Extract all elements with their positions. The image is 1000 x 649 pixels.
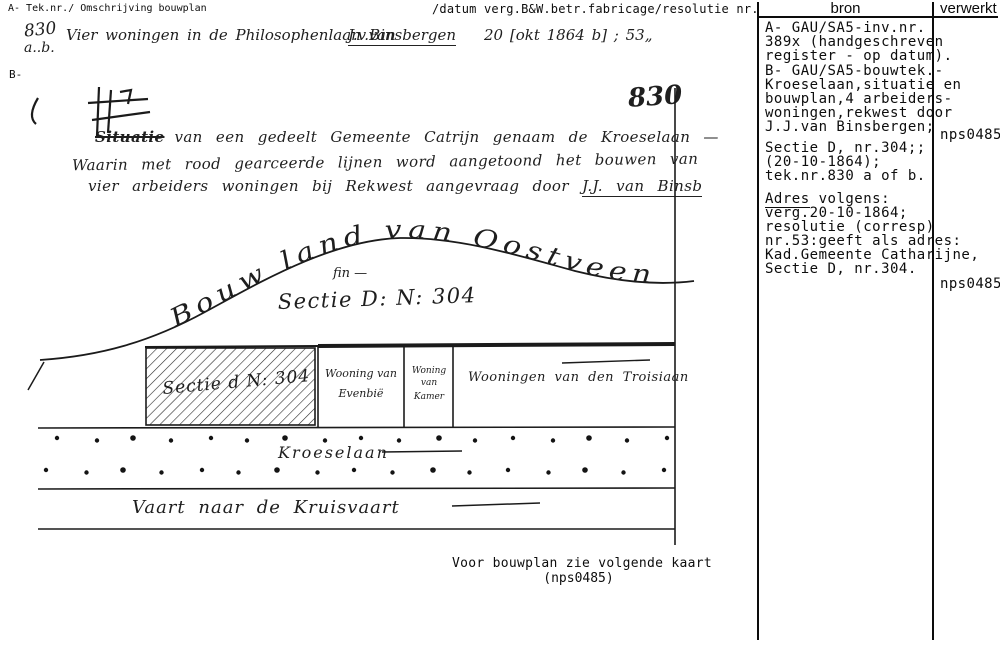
verwerkt-tag-2: nps0485 [940, 276, 1000, 292]
road-top-line [38, 427, 675, 428]
road-dots-row-lower [44, 467, 666, 474]
column-header-bron: bron [758, 0, 933, 17]
column-header-verwerkt: verwerkt [940, 0, 997, 17]
parcel4-label: Wooningen van den Troisiaan [468, 370, 689, 385]
canal-label-flourish [452, 503, 540, 506]
bron-b-line5: J.J.van Binsbergen; [765, 119, 935, 135]
parcel2-label-line2: Evenbië [338, 387, 384, 400]
sectie-label: Sectie D: N: 304 [277, 283, 477, 314]
parcel3-label-line1: Woning [412, 366, 447, 376]
buildings-top-line-right [318, 344, 675, 346]
footer-note-line2: (nps0485) [452, 571, 705, 586]
fin-label: fin — [332, 266, 367, 281]
buildings-top-line-left [145, 346, 318, 347]
verwerkt-tag-1: nps0485 [940, 127, 1000, 143]
scribble-marks [32, 87, 150, 136]
situatie-map-drawing: Bouw land van Oostveen fin — Sectie D: N… [0, 0, 760, 649]
header-underline [757, 16, 998, 18]
bron-c-line3: tek.nr.830 a of b. [765, 168, 926, 184]
road-bottom-line [38, 488, 675, 489]
parcel2-label-line1: Wooning van [325, 367, 397, 380]
bron-a-line3: register - op datum). [765, 48, 953, 64]
road-label: Kroeselaan [277, 443, 389, 462]
archive-record-card: A- Tek.nr./ Omschrijving bouwplan /datum… [0, 0, 1000, 649]
bron-d-line6: Sectie D, nr.304. [765, 261, 917, 277]
road-label-flourish [382, 451, 462, 452]
parcel3-label-line2: van [421, 378, 437, 388]
footer-note-line1: Voor bouwplan zie volgende kaart [452, 556, 712, 571]
parcel4-label-overline [562, 360, 650, 363]
hill-arc-label: Bouw land van Oostveen [164, 215, 658, 333]
left-margin-tick [28, 362, 44, 390]
road-dots-row-upper [55, 435, 669, 442]
canal-label: Vaart naar de Kruisvaart [132, 497, 400, 518]
parcel3-label-line3: Kamer [413, 392, 445, 402]
